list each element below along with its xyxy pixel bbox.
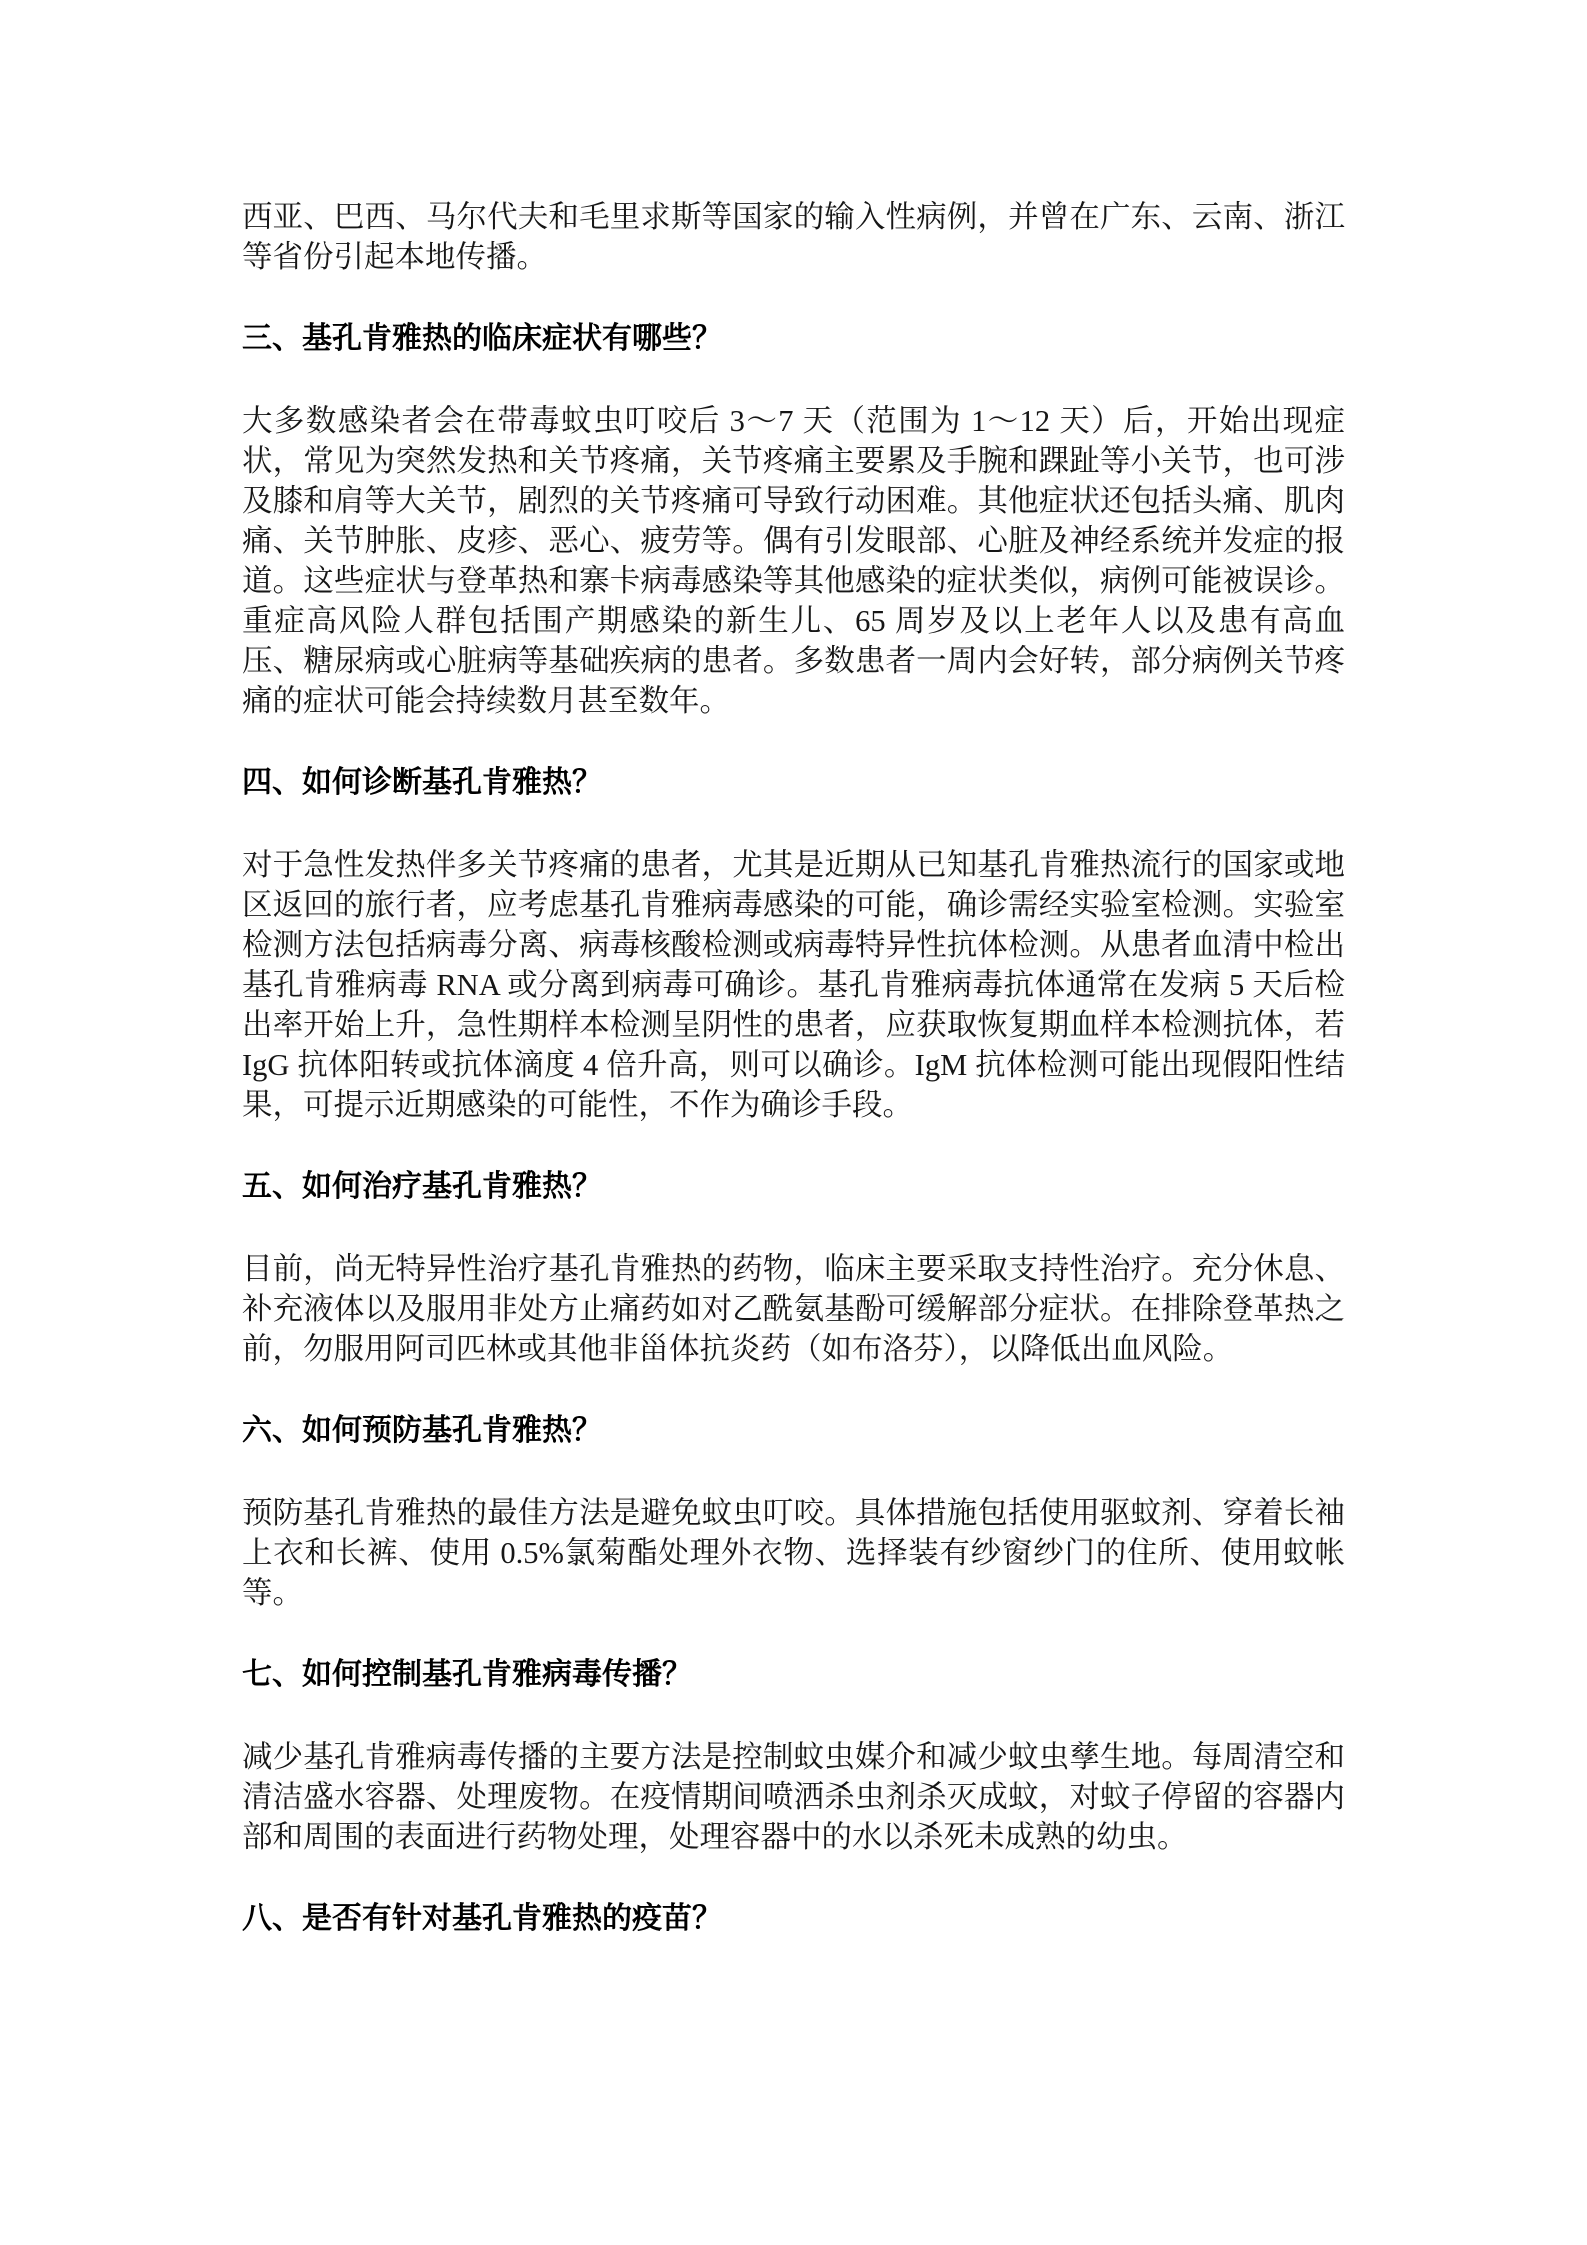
section-heading-treatment: 五、如何治疗基孔肯雅热？ [242,1167,1345,1207]
section-body-clinical-symptoms: 大多数感染者会在带毒蚊虫叮咬后 3～7 天（范围为 1～12 天）后，开始出现症… [242,401,1345,721]
section-heading-transmission-control: 七、如何控制基孔肯雅病毒传播？ [242,1655,1345,1695]
section-body-prevention: 预防基孔肯雅热的最佳方法是避免蚊虫叮咬。具体措施包括使用驱蚊剂、穿着长袖上衣和长… [242,1493,1345,1613]
section-body-treatment: 目前，尚无特异性治疗基孔肯雅热的药物，临床主要采取支持性治疗。充分休息、补充液体… [242,1249,1345,1369]
section-heading-prevention: 六、如何预防基孔肯雅热？ [242,1411,1345,1451]
section-body-diagnosis: 对于急性发热伴多关节疼痛的患者，尤其是近期从已知基孔肯雅热流行的国家或地区返回的… [242,845,1345,1125]
section-body-transmission-control: 减少基孔肯雅病毒传播的主要方法是控制蚊虫媒介和减少蚊虫孳生地。每周清空和清洁盛水… [242,1737,1345,1857]
section-heading-diagnosis: 四、如何诊断基孔肯雅热？ [242,763,1345,803]
intro-continuation-paragraph: 西亚、巴西、马尔代夫和毛里求斯等国家的输入性病例，并曾在广东、云南、浙江等省份引… [242,197,1345,277]
document-page: 西亚、巴西、马尔代夫和毛里求斯等国家的输入性病例，并曾在广东、云南、浙江等省份引… [0,0,1587,2245]
section-heading-vaccine: 八、是否有针对基孔肯雅热的疫苗？ [242,1899,1345,1939]
section-heading-clinical-symptoms: 三、基孔肯雅热的临床症状有哪些？ [242,319,1345,359]
